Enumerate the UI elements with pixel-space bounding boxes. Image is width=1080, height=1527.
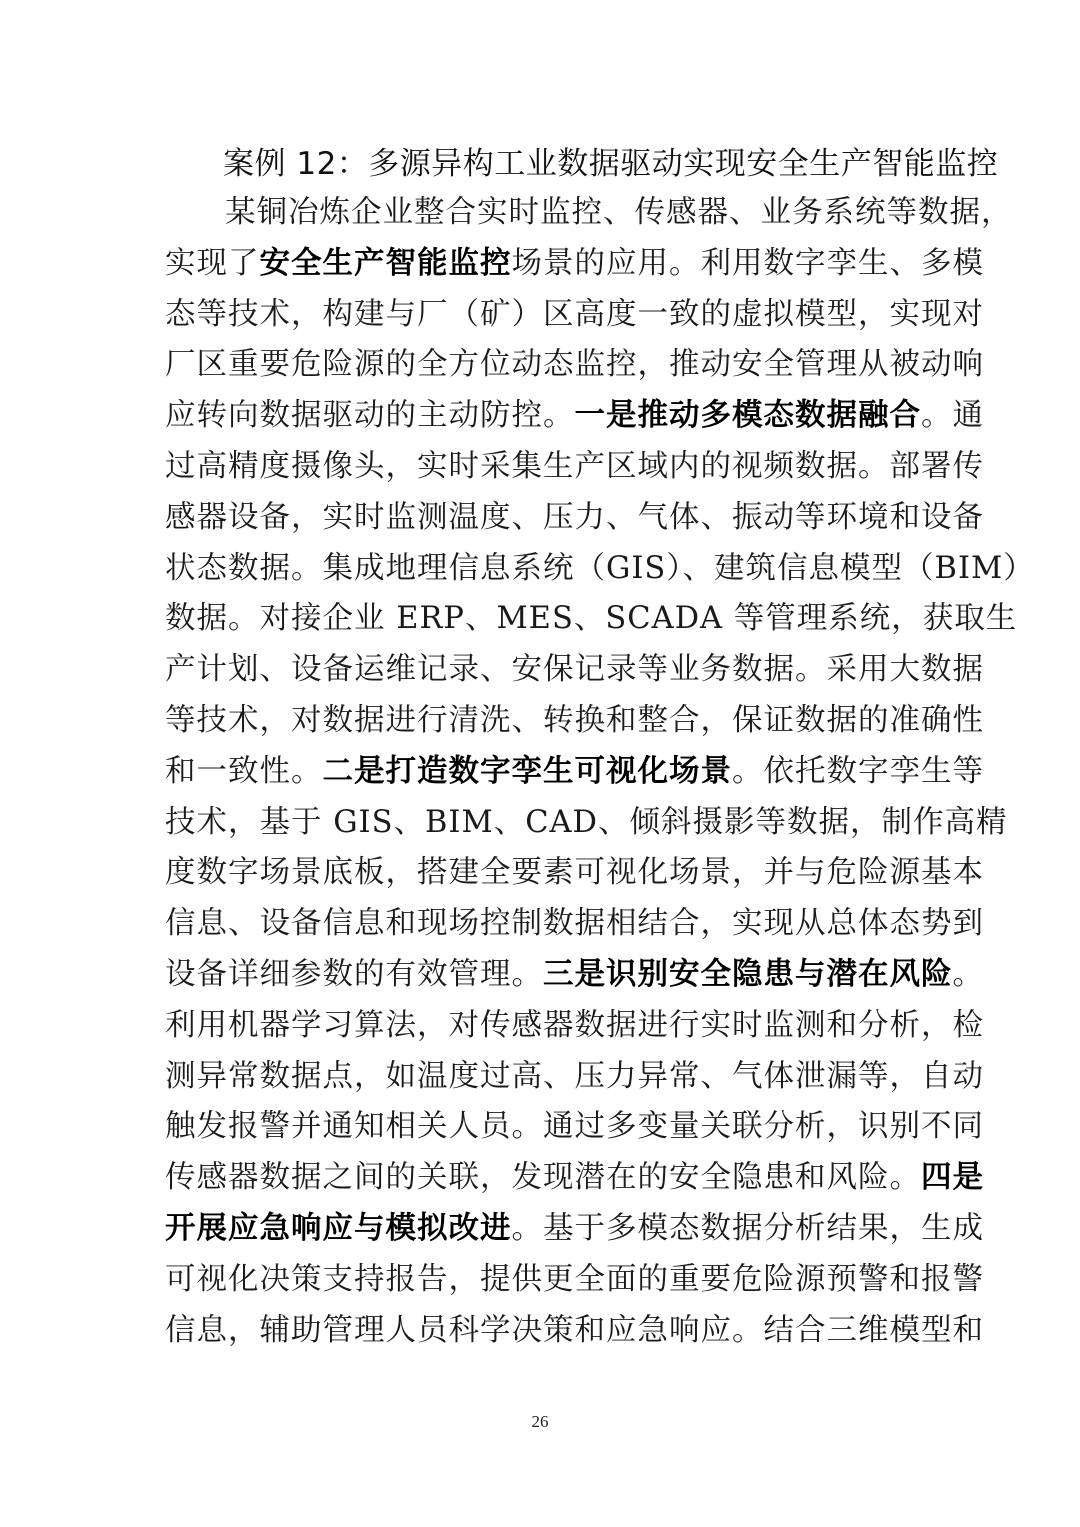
body-text: 。基于多模态数据分析结果，生成: [512, 1211, 985, 1246]
text-line: 态等技术，构建与厂（矿）区高度一致的虚拟模型，实现对: [165, 290, 917, 341]
text-line: 信息、设备信息和现场控制数据相结合，实现从总体态势到: [165, 899, 917, 950]
text-line: 产计划、设备运维记录、安保记录等业务数据。采用大数据: [165, 645, 917, 696]
body-text: 和一致性。: [165, 754, 323, 789]
text-line: 技术，基于 GIS、BIM、CAD、倾斜摄影等数据，制作高精: [165, 798, 917, 849]
text-line: 等技术，对数据进行清洗、转换和整合，保证数据的准确性: [165, 696, 917, 747]
body-text: 实现了: [165, 246, 260, 281]
body-text: 过高精度摄像头，实时采集生产区域内的视频数据。部署传: [165, 449, 984, 484]
body-text: 可视化决策支持报告，提供更全面的重要危险源预警和报警: [165, 1262, 984, 1297]
body-text: 。: [953, 957, 985, 992]
body-text: 触发报警并通知相关人员。通过多变量关联分析，识别不同: [165, 1109, 984, 1144]
body-text: 度数字场景底板，搭建全要素可视化场景，并与危险源基本: [165, 855, 984, 890]
text-line: 设备详细参数的有效管理。三是识别安全隐患与潜在风险。: [165, 950, 917, 1001]
body-text: 传感器数据之间的关联，发现潜在的安全隐患和风险。: [165, 1160, 921, 1195]
body-text: 等技术，对数据进行清洗、转换和整合，保证数据的准确性: [165, 703, 984, 738]
text-line: 信息，辅助管理人员科学决策和应急响应。结合三维模型和: [165, 1306, 917, 1357]
body-text: 利用机器学习算法，对传感器数据进行实时监测和分析，检: [165, 1008, 984, 1043]
bold-heading-text: 二是打造数字孪生可视化场景: [323, 754, 733, 789]
body-text: 厂区重要危险源的全方位动态监控，推动安全管理从被动响: [165, 347, 984, 382]
body-text: 数据。对接企业 ERP、MES、SCADA 等管理系统，获取生: [165, 601, 1017, 636]
body-text: 某铜冶炼企业整合实时监控、传感器、业务系统等数据，: [225, 195, 1013, 230]
body-text: 产计划、设备运维记录、安保记录等业务数据。采用大数据: [165, 652, 984, 687]
body-text: 信息、设备信息和现场控制数据相结合，实现从总体态势到: [165, 906, 984, 941]
text-line: 感器设备，实时监测温度、压力、气体、振动等环境和设备: [165, 493, 917, 544]
text-line: 可视化决策支持报告，提供更全面的重要危险源预警和报警: [165, 1255, 917, 1306]
body-text: 态等技术，构建与厂（矿）区高度一致的虚拟模型，实现对: [165, 297, 984, 332]
body-text: 技术，基于 GIS、BIM、CAD、倾斜摄影等数据，制作高精: [165, 805, 1008, 840]
text-line: 实现了安全生产智能监控场景的应用。利用数字孪生、多模: [165, 239, 917, 290]
bold-heading-text: 三是识别安全隐患与潜在风险: [543, 957, 953, 992]
text-line: 某铜冶炼企业整合实时监控、传感器、业务系统等数据，: [165, 188, 917, 239]
document-body: 案例 12：多源异构工业数据驱动实现安全生产智能监控 某铜冶炼企业整合实时监控、…: [165, 140, 917, 1356]
body-text: 。依托数字孪生等: [732, 754, 984, 789]
page-number: 26: [0, 1412, 1080, 1432]
text-line: 利用机器学习算法，对传感器数据进行实时监测和分析，检: [165, 1001, 917, 1052]
bold-heading-text: 一是推动多模态数据融合: [575, 398, 922, 433]
bold-heading-text: 安全生产智能监控: [260, 246, 512, 281]
text-line: 厂区重要危险源的全方位动态监控，推动安全管理从被动响: [165, 340, 917, 391]
case-title: 案例 12：多源异构工业数据驱动实现安全生产智能监控: [165, 140, 917, 188]
text-line: 过高精度摄像头，实时采集生产区域内的视频数据。部署传: [165, 442, 917, 493]
text-line: 传感器数据之间的关联，发现潜在的安全隐患和风险。四是: [165, 1153, 917, 1204]
body-text: 。通: [921, 398, 984, 433]
text-line: 开展应急响应与模拟改进。基于多模态数据分析结果，生成: [165, 1204, 917, 1255]
body-text: 应转向数据驱动的主动防控。: [165, 398, 575, 433]
text-line: 测异常数据点，如温度过高、压力异常、气体泄漏等，自动: [165, 1052, 917, 1103]
text-line: 应转向数据驱动的主动防控。一是推动多模态数据融合。通: [165, 391, 917, 442]
body-text: 设备详细参数的有效管理。: [165, 957, 543, 992]
text-line: 数据。对接企业 ERP、MES、SCADA 等管理系统，获取生: [165, 594, 917, 645]
document-page: 案例 12：多源异构工业数据驱动实现安全生产智能监控 某铜冶炼企业整合实时监控、…: [0, 0, 1080, 1527]
body-text: 感器设备，实时监测温度、压力、气体、振动等环境和设备: [165, 500, 984, 535]
body-text: 状态数据。集成地理信息系统（GIS）、建筑信息模型（BIM）: [165, 551, 1035, 586]
text-line: 状态数据。集成地理信息系统（GIS）、建筑信息模型（BIM）: [165, 544, 917, 595]
bold-heading-text: 开展应急响应与模拟改进: [165, 1211, 512, 1246]
text-line: 触发报警并通知相关人员。通过多变量关联分析，识别不同: [165, 1102, 917, 1153]
paragraph: 某铜冶炼企业整合实时监控、传感器、业务系统等数据，实现了安全生产智能监控场景的应…: [165, 188, 917, 1356]
body-text: 信息，辅助管理人员科学决策和应急响应。结合三维模型和: [165, 1313, 984, 1348]
body-text: 测异常数据点，如温度过高、压力异常、气体泄漏等，自动: [165, 1059, 984, 1094]
text-line: 和一致性。二是打造数字孪生可视化场景。依托数字孪生等: [165, 747, 917, 798]
body-text: 场景的应用。利用数字孪生、多模: [512, 246, 985, 281]
text-line: 度数字场景底板，搭建全要素可视化场景，并与危险源基本: [165, 848, 917, 899]
bold-heading-text: 四是: [921, 1160, 984, 1195]
